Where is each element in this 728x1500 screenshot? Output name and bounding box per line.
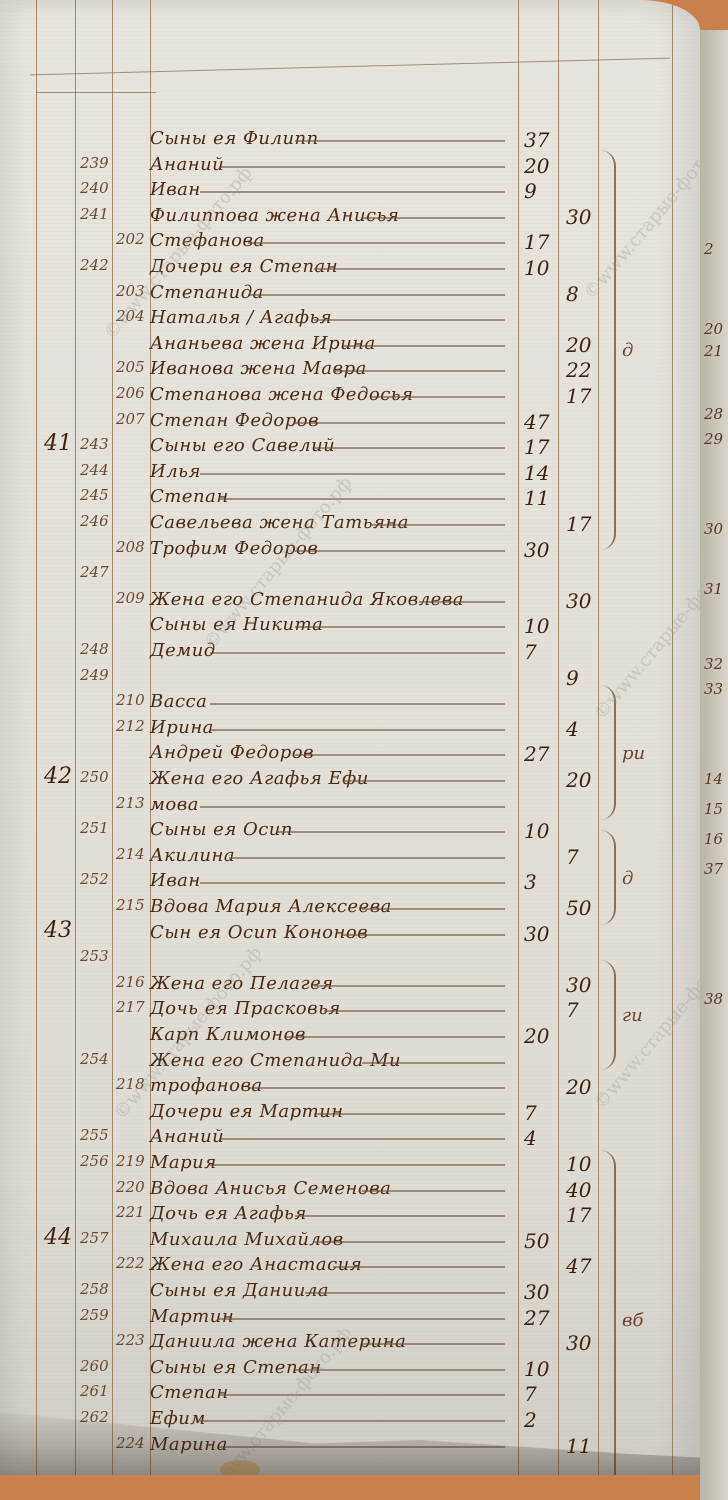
female-number: 204 xyxy=(116,307,145,325)
filler-dash xyxy=(295,140,505,142)
adjacent-page-edge: 220212829303132331415163738 xyxy=(700,30,728,1500)
female-number: 217 xyxy=(116,998,145,1016)
filler-dash xyxy=(210,729,506,731)
person-name: Демид xyxy=(150,640,216,661)
female-number: 210 xyxy=(116,691,145,709)
filler-dash xyxy=(314,985,505,987)
filler-dash xyxy=(419,601,506,603)
person-name: Ефим xyxy=(150,1408,206,1429)
female-age: 7 xyxy=(566,998,579,1022)
adjacent-page-number: 32 xyxy=(704,655,723,673)
entry-row: 2499 xyxy=(0,666,700,688)
filler-dash xyxy=(295,1369,505,1371)
adjacent-page-number: 14 xyxy=(704,770,723,788)
person-name: Степан xyxy=(150,1382,229,1403)
entry-row: 254Жена его Степанида Ми xyxy=(0,1050,700,1072)
entry-row: 245Степан11 xyxy=(0,486,700,508)
person-name: Жена его Степанида Яковлева xyxy=(150,589,464,610)
person-name: Наталья / Агафья xyxy=(150,307,332,328)
female-number: 219 xyxy=(116,1152,145,1170)
filler-dash xyxy=(248,1087,506,1089)
filler-dash xyxy=(362,908,506,910)
entry-row: 209Жена его Степанида Яковлева30 xyxy=(0,589,700,611)
male-age: 37 xyxy=(524,128,549,152)
person-name: мова xyxy=(150,794,199,815)
adjacent-page-number: 37 xyxy=(704,860,723,878)
female-number: 208 xyxy=(116,538,145,556)
male-number: 255 xyxy=(80,1126,109,1144)
female-number: 218 xyxy=(116,1075,145,1093)
female-age: 30 xyxy=(566,205,591,229)
person-name: Жена его Анастасия xyxy=(150,1254,362,1275)
male-age: 50 xyxy=(524,1229,549,1253)
male-number: 254 xyxy=(80,1050,109,1068)
family-bracket xyxy=(600,150,616,550)
household-number: 41 xyxy=(44,431,72,456)
person-name: Филиппова жена Анисья xyxy=(150,205,399,226)
entry-row: 213мова xyxy=(0,794,700,816)
person-name: Мартин xyxy=(150,1306,234,1327)
female-number: 207 xyxy=(116,410,145,428)
person-name: Иван xyxy=(150,870,201,891)
male-age: 27 xyxy=(524,742,549,766)
female-age: 4 xyxy=(566,717,579,741)
person-name: Ананий xyxy=(150,1126,224,1147)
entry-row: 217Дочь ея Прасковья7 xyxy=(0,998,700,1020)
male-age: 20 xyxy=(524,154,549,178)
male-number: 249 xyxy=(80,666,109,684)
person-name: Иванова жена Мавра xyxy=(150,358,367,379)
male-number: 246 xyxy=(80,512,109,530)
male-age: 10 xyxy=(524,256,549,280)
filler-dash xyxy=(362,1190,506,1192)
male-age: 17 xyxy=(524,230,549,254)
person-name: Дочь ея Агафья xyxy=(150,1203,307,1224)
female-age: 17 xyxy=(566,512,591,536)
person-name: Дочери ея Степан xyxy=(150,256,338,277)
male-age: 3 xyxy=(524,870,537,894)
filler-dash xyxy=(314,1113,505,1115)
entry-row: 215Вдова Мария Алексеева50 xyxy=(0,896,700,918)
female-number: 213 xyxy=(116,794,145,812)
filler-dash xyxy=(219,1318,505,1320)
entry-row: 261Степан7 xyxy=(0,1382,700,1404)
male-number: 252 xyxy=(80,870,109,888)
entry-row: 218трофанова20 xyxy=(0,1075,700,1097)
household-number: 42 xyxy=(44,764,72,789)
filler-dash xyxy=(305,1292,506,1294)
female-number: 222 xyxy=(116,1254,145,1272)
filler-dash xyxy=(371,524,505,526)
male-age: 11 xyxy=(524,486,549,510)
adjacent-page-number: 16 xyxy=(704,830,723,848)
adjacent-page-number: 15 xyxy=(704,800,723,818)
female-age: 20 xyxy=(566,768,591,792)
entry-row: 221Дочь ея Агафья17 xyxy=(0,1203,700,1225)
male-number: 257 xyxy=(80,1229,109,1247)
entry-row: 203Степанида8 xyxy=(0,282,700,304)
person-name: Степанова жена Федосья xyxy=(150,384,414,405)
male-number: 248 xyxy=(80,640,109,658)
entry-row: 239Ананий20 xyxy=(0,154,700,176)
person-name: Сыны его Савелий xyxy=(150,435,335,456)
filler-dash xyxy=(219,166,505,168)
male-number: 240 xyxy=(80,179,109,197)
male-number: 239 xyxy=(80,154,109,172)
filler-dash xyxy=(219,1394,505,1396)
female-age: 10 xyxy=(566,1152,591,1176)
filler-dash xyxy=(210,652,506,654)
person-name: Степан xyxy=(150,486,229,507)
entry-row: 247 xyxy=(0,563,700,585)
filler-dash xyxy=(210,1164,506,1166)
bracket-note: вб xyxy=(622,1310,643,1331)
female-number: 223 xyxy=(116,1331,145,1349)
male-age: 9 xyxy=(524,179,537,203)
filler-dash xyxy=(362,1062,506,1064)
male-number: 241 xyxy=(80,205,109,223)
female-number: 215 xyxy=(116,896,145,914)
entry-row: 259Мартин27 xyxy=(0,1306,700,1328)
male-age: 14 xyxy=(524,461,549,485)
male-age: 2 xyxy=(524,1408,537,1432)
female-number: 209 xyxy=(116,589,145,607)
female-age: 30 xyxy=(566,589,591,613)
male-number: 258 xyxy=(80,1280,109,1298)
bracket-note: ри xyxy=(622,743,645,764)
person-name: Степанида xyxy=(150,282,264,303)
person-name: Жена его Агафья Ефи xyxy=(150,768,369,789)
filler-dash xyxy=(200,191,505,193)
bracket-note: д xyxy=(622,340,633,361)
person-name: Вдова Мария Алексеева xyxy=(150,896,392,917)
male-age: 30 xyxy=(524,538,549,562)
entry-row: Андрей Федоров27 xyxy=(0,742,700,764)
person-name: трофанова xyxy=(150,1075,263,1096)
person-name: Ирина xyxy=(150,717,214,738)
person-name: Вдова Анисья Семенова xyxy=(150,1178,391,1199)
male-number: 256 xyxy=(80,1152,109,1170)
filler-dash xyxy=(343,934,506,936)
filler-dash xyxy=(295,550,505,552)
male-age: 7 xyxy=(524,640,537,664)
entry-row: 212Ирина4 xyxy=(0,717,700,739)
male-age: 4 xyxy=(524,1126,537,1150)
entry-row: 244Илья14 xyxy=(0,461,700,483)
person-name: Иван xyxy=(150,179,201,200)
header-rule xyxy=(30,58,670,76)
entry-row: 223Даниила жена Катерина30 xyxy=(0,1331,700,1353)
female-age: 50 xyxy=(566,896,591,920)
adjacent-page-number: 20 xyxy=(704,320,723,338)
entry-row: 252Иван3 xyxy=(0,870,700,892)
filler-dash xyxy=(219,1138,505,1140)
entry-row: 256219Мария10 xyxy=(0,1152,700,1174)
person-name: Васса xyxy=(150,691,207,712)
bracket-note: д xyxy=(622,868,633,889)
filler-dash xyxy=(295,626,505,628)
entry-row: 253 xyxy=(0,947,700,969)
entry-row: 210Васса xyxy=(0,691,700,713)
male-number: 244 xyxy=(80,461,109,479)
filler-dash xyxy=(314,268,505,270)
entry-row: Дочери ея Мартин7 xyxy=(0,1101,700,1123)
filler-dash xyxy=(286,1036,506,1038)
household-number: 44 xyxy=(44,1225,72,1250)
entry-row: 246Савельева жена Татьяна17 xyxy=(0,512,700,534)
filler-dash xyxy=(314,1241,505,1243)
entry-row: 202Стефанова17 xyxy=(0,230,700,252)
male-age: 7 xyxy=(524,1101,537,1125)
filler-dash xyxy=(295,422,505,424)
male-age: 10 xyxy=(524,1357,549,1381)
person-name: Жена его Степанида Ми xyxy=(150,1050,401,1071)
filler-dash xyxy=(343,780,506,782)
filler-dash xyxy=(314,447,505,449)
male-number: 259 xyxy=(80,1306,109,1324)
entry-row: 204Наталья / Агафья xyxy=(0,307,700,329)
adjacent-page-number: 33 xyxy=(704,680,723,698)
male-age: 30 xyxy=(524,922,549,946)
filler-dash xyxy=(333,1266,505,1268)
person-name: Андрей Федоров xyxy=(150,742,314,763)
female-age: 47 xyxy=(566,1254,591,1278)
entry-row: 214Акилина7 xyxy=(0,845,700,867)
entry-row: 242Дочери ея Степан10 xyxy=(0,256,700,278)
female-age: 30 xyxy=(566,1331,591,1355)
male-age: 10 xyxy=(524,819,549,843)
entry-row: 255Ананий4 xyxy=(0,1126,700,1148)
female-number: 221 xyxy=(116,1203,145,1221)
filler-dash xyxy=(324,1010,506,1012)
adjacent-page-number: 2 xyxy=(704,240,714,258)
female-age: 17 xyxy=(566,1203,591,1227)
female-number: 216 xyxy=(116,973,145,991)
family-bracket xyxy=(600,830,616,925)
entry-row: 207Степан Федоров47 xyxy=(0,410,700,432)
filler-dash xyxy=(276,831,505,833)
family-bracket xyxy=(600,960,616,1070)
adjacent-page-number: 31 xyxy=(704,580,723,598)
female-number: 220 xyxy=(116,1178,145,1196)
filler-dash xyxy=(248,242,506,244)
person-name: Карп Климонов xyxy=(150,1024,306,1045)
female-age: 30 xyxy=(566,973,591,997)
person-name: Илья xyxy=(150,461,201,482)
entry-row: 205Иванова жена Мавра22 xyxy=(0,358,700,380)
person-name: Сыны ея Осип xyxy=(150,819,293,840)
filler-dash xyxy=(219,498,505,500)
male-number: 261 xyxy=(80,1382,109,1400)
entry-row: 222Жена его Анастасия47 xyxy=(0,1254,700,1276)
male-age: 7 xyxy=(524,1382,537,1406)
filler-dash xyxy=(362,217,506,219)
male-age: 10 xyxy=(524,614,549,638)
entry-row: Сыны ея Никита10 xyxy=(0,614,700,636)
entry-row: 41243Сыны его Савелий17 xyxy=(0,435,700,457)
entry-row: 248Демид7 xyxy=(0,640,700,662)
person-name: Сыны ея Никита xyxy=(150,614,323,635)
male-age: 17 xyxy=(524,435,549,459)
male-number: 243 xyxy=(80,435,109,453)
male-number: 251 xyxy=(80,819,109,837)
person-name: Сыны ея Даниила xyxy=(150,1280,329,1301)
person-name: Даниила жена Катерина xyxy=(150,1331,406,1352)
male-number: 247 xyxy=(80,563,109,581)
female-age: 20 xyxy=(566,1075,591,1099)
male-age: 27 xyxy=(524,1306,549,1330)
entry-row: 44257Михаила Михайлов50 xyxy=(0,1229,700,1251)
adjacent-page-number: 21 xyxy=(704,342,723,360)
female-age: 9 xyxy=(566,666,579,690)
male-age: 47 xyxy=(524,410,549,434)
filler-dash xyxy=(200,1420,505,1422)
bracket-note: ги xyxy=(622,1005,643,1026)
filler-dash xyxy=(333,370,505,372)
entry-row: Карп Климонов20 xyxy=(0,1024,700,1046)
female-age: 22 xyxy=(566,358,591,382)
male-number: 250 xyxy=(80,768,109,786)
entry-row: 241Филиппова жена Анисья30 xyxy=(0,205,700,227)
female-age: 8 xyxy=(566,282,579,306)
filler-dash xyxy=(210,703,506,705)
female-number: 212 xyxy=(116,717,145,735)
male-number: 253 xyxy=(80,947,109,965)
entry-row: 258Сыны ея Даниила30 xyxy=(0,1280,700,1302)
female-number: 214 xyxy=(116,845,145,863)
female-number: 203 xyxy=(116,282,145,300)
person-name: Дочери ея Мартин xyxy=(150,1101,344,1122)
filler-dash xyxy=(200,806,505,808)
document-page: Сыны ея Филипп37239Ананий20240Иван9241Фи… xyxy=(0,0,700,1475)
entry-row: 251Сыны ея Осип10 xyxy=(0,819,700,841)
female-number: 205 xyxy=(116,358,145,376)
entry-row: 42250Жена его Агафья Ефи20 xyxy=(0,768,700,790)
female-age: 17 xyxy=(566,384,591,408)
filler-dash xyxy=(248,294,506,296)
person-name: Трофим Федоров xyxy=(150,538,318,559)
filler-dash xyxy=(371,396,505,398)
person-name: Савельева жена Татьяна xyxy=(150,512,409,533)
male-number: 260 xyxy=(80,1357,109,1375)
filler-dash xyxy=(343,345,506,347)
adjacent-page-number: 30 xyxy=(704,520,723,538)
person-name: Ананьева жена Ирина xyxy=(150,333,376,354)
female-age: 40 xyxy=(566,1178,591,1202)
filler-dash xyxy=(295,754,505,756)
person-name: Михаила Михайлов xyxy=(150,1229,344,1250)
adjacent-page-number: 38 xyxy=(704,990,723,1008)
entry-row: 206Степанова жена Федосья17 xyxy=(0,384,700,406)
male-number: 245 xyxy=(80,486,109,504)
entry-row: 43Сын ея Осип Кононов30 xyxy=(0,922,700,944)
filler-dash xyxy=(362,1343,506,1345)
person-name: Стефанова xyxy=(150,230,265,251)
female-number: 202 xyxy=(116,230,145,248)
male-number: 242 xyxy=(80,256,109,274)
female-number: 206 xyxy=(116,384,145,402)
header-rule xyxy=(36,92,156,93)
entry-row: 216Жена его Пелагея30 xyxy=(0,973,700,995)
household-number: 43 xyxy=(44,918,72,943)
person-name: Дочь ея Прасковья xyxy=(150,998,341,1019)
person-name: Степан Федоров xyxy=(150,410,319,431)
filler-dash xyxy=(229,857,506,859)
adjacent-page-number: 28 xyxy=(704,405,723,423)
entry-row: Ананьева жена Ирина20 xyxy=(0,333,700,355)
filler-dash xyxy=(200,882,505,884)
entry-row: 240Иван9 xyxy=(0,179,700,201)
person-name: Сын ея Осип Кононов xyxy=(150,922,368,943)
person-name: Сыны ея Филипп xyxy=(150,128,319,149)
female-age: 20 xyxy=(566,333,591,357)
male-age: 20 xyxy=(524,1024,549,1048)
female-age: 7 xyxy=(566,845,579,869)
entry-row: 220Вдова Анисья Семенова40 xyxy=(0,1178,700,1200)
family-bracket xyxy=(600,685,616,820)
family-bracket xyxy=(600,1150,616,1475)
filler-dash xyxy=(200,473,505,475)
person-name: Жена его Пелагея xyxy=(150,973,334,994)
filler-dash xyxy=(295,1215,505,1217)
person-name: Акилина xyxy=(150,845,235,866)
entry-row: 260Сыны ея Степан10 xyxy=(0,1357,700,1379)
entry-row: Сыны ея Филипп37 xyxy=(0,128,700,150)
filler-dash xyxy=(314,319,505,321)
entry-row: 208Трофим Федоров30 xyxy=(0,538,700,560)
person-name: Сыны ея Степан xyxy=(150,1357,322,1378)
male-age: 30 xyxy=(524,1280,549,1304)
adjacent-page-number: 29 xyxy=(704,430,723,448)
person-name: Мария xyxy=(150,1152,217,1173)
person-name: Ананий xyxy=(150,154,224,175)
